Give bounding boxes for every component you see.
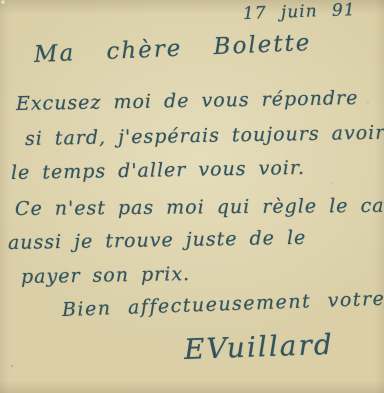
letter-body-line: le temps d'aller vous voir. bbox=[11, 157, 305, 184]
letter-body-line: aussi je trouve juste de le bbox=[8, 227, 307, 254]
letter-body-line: si tard, j'espérais toujours avoir bbox=[25, 122, 384, 150]
letter-body-line: Ce n'est pas moi qui règle le cadre bbox=[15, 194, 384, 220]
letter-body-line: Excusez moi de vous répondre bbox=[16, 87, 359, 115]
letter-closing: Bien affectueusement votre bbox=[62, 288, 384, 321]
letter-date: 17 juin 91 bbox=[243, 0, 356, 24]
letter-body-line: payer son prix. bbox=[21, 263, 190, 288]
letter-scan: 17 juin 91 Ma chère Bolette Excusez moi … bbox=[0, 0, 384, 393]
letter-salutation: Ma chère Bolette bbox=[33, 30, 311, 68]
letter-signature: EVuillard bbox=[183, 328, 334, 366]
